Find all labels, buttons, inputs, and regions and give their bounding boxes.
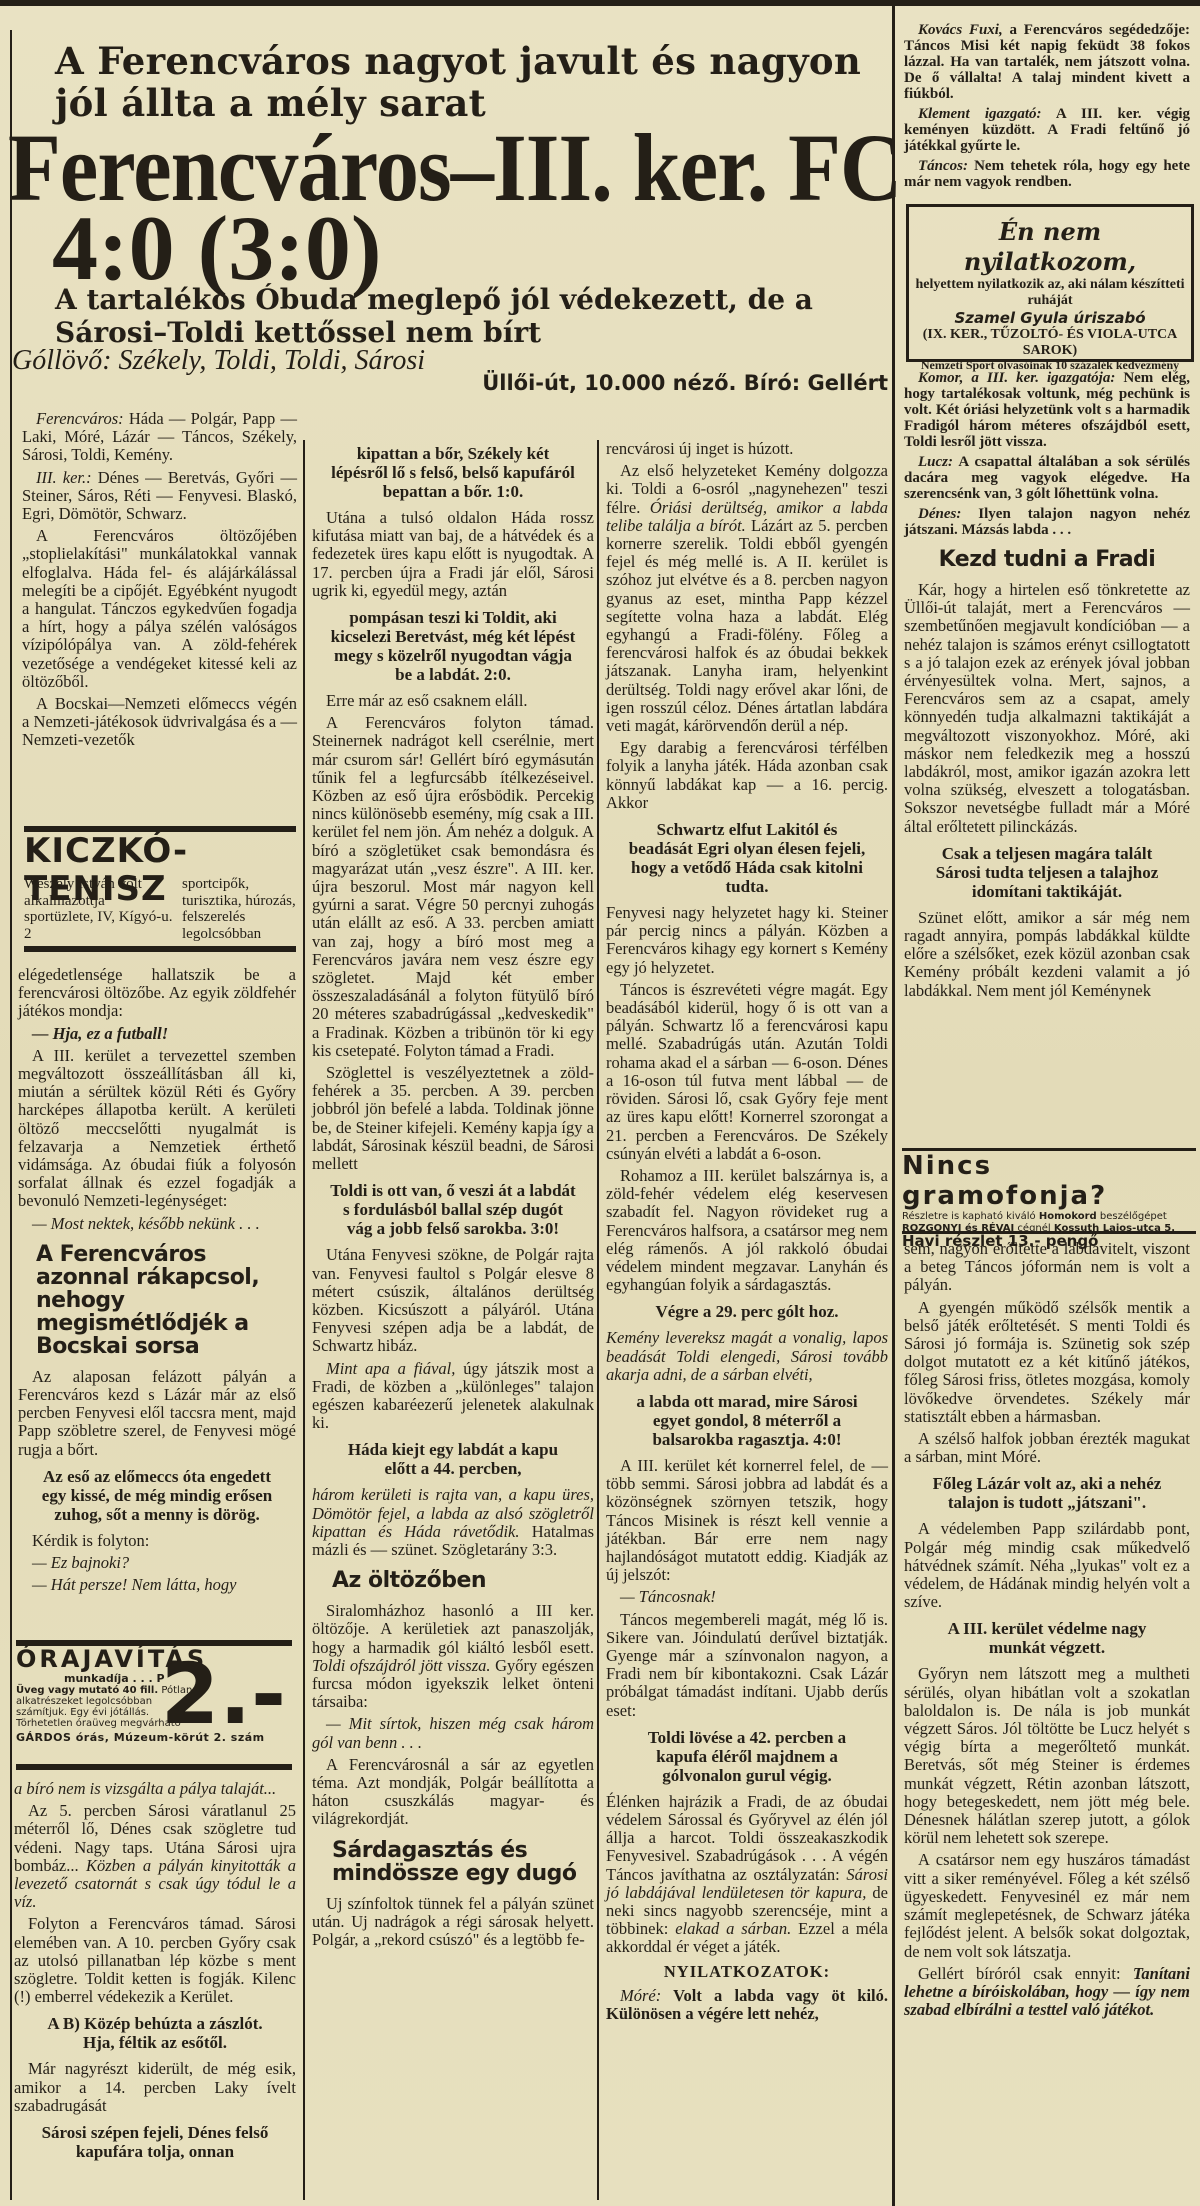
section-heading: A Ferencváros azonnal rákapcsol, nehogy … [36, 1243, 296, 1358]
paragraph: elégedetlensége hallatszik be a ferencvá… [18, 966, 296, 1021]
paragraph: A Ferencvárosnál a sár az egyetlen téma.… [312, 1756, 594, 1829]
paragraph: Táncos is észrevéteti végre magát. Egy b… [606, 981, 888, 1163]
paragraph: A Ferencváros folyton támad. Steinernek … [312, 714, 594, 1060]
paragraph: rencvárosi új inget is húzott. [606, 440, 888, 458]
quote: — Hja, ez a futball! [18, 1025, 296, 1043]
paragraph: A III. kerület a tervezettel szemben meg… [18, 1047, 296, 1211]
bold-highlight: A III. kerület védelme nagy munkát végze… [922, 1619, 1172, 1657]
column-4-middle: Komor, a III. ker. igazgatója: Nem elég,… [904, 370, 1190, 1004]
headline-subhead: A tartalékos Óbuda meglepő jól védekezet… [55, 283, 895, 349]
bold-highlight: Toldi is ott van, ő veszi át a labdát s … [330, 1181, 576, 1238]
paragraph: Az alaposan felázott pályán a Ferencváro… [18, 1368, 296, 1459]
paragraph: Győryn nem látszott meg a multheti sérül… [904, 1665, 1190, 1847]
advert-gramofon: Nincs gramofonja? Részletre is kapható k… [902, 1148, 1196, 1234]
paragraph: A III. kerület két kornerrel felel, de —… [606, 1457, 888, 1584]
paragraph: A csatársor nem egy huszáros támadást vi… [904, 1851, 1190, 1960]
paragraph: Móré: Volt a labda vagy öt kiló. Különös… [606, 1987, 888, 2023]
bold-highlight: Végre a 29. perc gólt hoz. [624, 1302, 870, 1321]
quote: — Táncosnak! [606, 1588, 888, 1606]
bold-highlight: pompásan teszi ki Toldit, aki kicselezi … [330, 608, 576, 684]
quote: — Ez bajnoki? [18, 1554, 296, 1572]
quote: — Hát persze! Nem látta, hogy [18, 1576, 296, 1594]
paragraph: Gellért bíróról csak ennyit: Tanítani le… [904, 1965, 1190, 2020]
bold-highlight: A B) Közép behúzta a zászlót. Hja, félti… [32, 2014, 278, 2052]
paragraph: Fenyvesi nagy helyzetet hagy ki. Steiner… [606, 904, 888, 977]
lineup-iii-ker: III. ker.: Dénes — Beretvás, Győri — Ste… [22, 469, 297, 524]
paragraph: Mint apa a fiával, úgy játszik most a Fr… [312, 1360, 594, 1433]
top-border [0, 0, 1200, 6]
bold-highlight: Schwartz elfut Lakitól és beadását Egri … [624, 820, 870, 896]
paragraph: Szöglettel is veszélyeztetnek a zöld-feh… [312, 1064, 594, 1173]
section-heading: Sárdagasztás és mindössze egy dugó [332, 1839, 594, 1885]
paragraph: A Ferencváros öltözőjében „stoplielakítá… [22, 527, 297, 691]
quote: — Mit sírtok, hiszen még csak három gól … [312, 1715, 594, 1751]
paragraph: Utána a tulsó oldalon Háda rossz kifutás… [312, 509, 594, 600]
bold-highlight: Főleg Lázár volt az, aki a nehéz talajon… [922, 1474, 1172, 1512]
column-1-bottom: a bíró nem is vizsgálta a pálya talaját.… [14, 1780, 296, 2169]
paragraph: A szélső halfok jobban érezték magukat a… [904, 1430, 1190, 1466]
quote: a bíró nem is vizsgálta a pálya talaját.… [14, 1780, 296, 1798]
paragraph: Folyton a Ferencváros támad. Sárosi elem… [14, 1915, 296, 2006]
statement: Klement igazgató: A III. ker. végig kemé… [904, 106, 1190, 154]
paragraph: A gyengén működő szélsők mentik a belső … [904, 1299, 1190, 1426]
bold-highlight: Az eső az előmeccs óta engedett egy kiss… [36, 1467, 278, 1524]
bold-highlight: Háda kiejt egy labdát a kapu előtt a 44.… [330, 1440, 576, 1478]
advert-name: Szamel Gyula úriszabó [909, 309, 1191, 327]
newspaper-page: A Ferencváros nagyot javult és nagyon jó… [0, 0, 1200, 2206]
bold-highlight: kipattan a bőr, Székely két lépésről lő … [330, 444, 576, 501]
column-1-middle: elégedetlensége hallatszik be a ferencvá… [18, 966, 296, 1598]
statement: Komor, a III. ker. igazgatója: Nem elég,… [904, 370, 1190, 450]
bold-highlight: Csak a teljesen magára talált Sárosi tud… [922, 844, 1172, 901]
advert-price: 2.- [161, 1652, 286, 1736]
advert-orajavitas: ÓRAJAVÍTÁS munkadíja . . . P Üveg vagy m… [16, 1640, 292, 1770]
paragraph: Erre már az eső csaknem eláll. [312, 692, 594, 710]
statement: Táncos: Nem tehetek róla, hogy egy hete … [904, 158, 1190, 190]
paragraph: Rohamoz a III. kerület balszárnya is, a … [606, 1167, 888, 1294]
advert-title: Nincs gramofonja? [902, 1151, 1196, 1211]
quote: — Most nektek, később nekünk . . . [18, 1215, 296, 1233]
statement: Lucz: A csapattal általában a sok sérülé… [904, 454, 1190, 502]
paragraph: Az 5. percben Sárosi váratlanul 25 méter… [14, 1802, 296, 1911]
column-2: kipattan a bőr, Székely két lépésről lő … [312, 440, 594, 1953]
paragraph: Siralomházhoz hasonló a III ker. öltözőj… [312, 1602, 594, 1711]
paragraph: Szünet előtt, amikor a sár még nem ragad… [904, 909, 1190, 1000]
column-1-top: Ferencváros: Háda — Polgár, Papp — Laki,… [22, 410, 297, 754]
lineup-ferencvaros: Ferencváros: Háda — Polgár, Papp — Laki,… [22, 410, 297, 465]
paragraph: Kérdik is folyton: [18, 1532, 296, 1550]
paragraph: Táncos megembereli magát, még lő is. Sik… [606, 1611, 888, 1720]
bold-highlight: a labda ott marad, mire Sárosi egyet gon… [624, 1392, 870, 1449]
col2-rule [597, 440, 599, 2200]
advert-left-text: Weszely István volt alkalmazottja sportü… [24, 876, 174, 942]
paragraph: Élénken hajrázik a Fradi, de az óbudai v… [606, 1793, 888, 1957]
column-4-top: Kovács Fuxi, a Ferencváros segédedzője: … [904, 22, 1190, 194]
section-heading: Az öltözőben [332, 1569, 594, 1592]
advert-szamel: Én nem nyilatkozom, helyettem nyilatkozi… [906, 204, 1194, 362]
goal-scorers: Góllövő: Székely, Toldi, Toldi, Sárosi [12, 346, 425, 376]
paragraph: A Bocskai—Nemzeti előmeccs végén a Nemze… [22, 695, 297, 750]
statements-heading: NYILATKOZATOK: [606, 1963, 888, 1981]
column-4-bottom: sem, nagyon erőltette a labdavitelt, vis… [904, 1240, 1190, 2023]
paragraph: Egy darabig a ferencvárosi térfélben fol… [606, 739, 888, 812]
paragraph: A védelemben Papp szilárdabb pont, Polgá… [904, 1520, 1190, 1611]
paragraph: Utána Fenyvesi szökne, de Polgár rajta v… [312, 1246, 594, 1355]
paragraph: Az első helyzeteket Kemény dolgozza ki. … [606, 462, 888, 735]
column-3: rencvárosi új inget is húzott. Az első h… [606, 440, 888, 2027]
paragraph: Kemény levereksz magát a vonalig, lapos … [606, 1329, 888, 1384]
paragraph: három kerületi is rajta van, a kapu üres… [312, 1486, 594, 1559]
advert-kiczko-tenisz: KICZKÓ-TENISZ Weszely István volt alkalm… [24, 826, 296, 952]
paragraph: Kár, hogy a hirtelen eső tönkretette az … [904, 581, 1190, 836]
paragraph: Már nagyrészt kiderült, de még esik, ami… [14, 2060, 296, 2115]
advert-address: (IX. KER., TŰZOLTÓ- ÉS VIOLA-UTCA SAROK) [909, 327, 1191, 359]
statement: Kovács Fuxi, a Ferencváros segédedzője: … [904, 22, 1190, 102]
advert-title: Én nem nyilatkozom, [909, 217, 1191, 277]
advert-right-text: sportcipők, turisztika, húrozás, felszer… [182, 876, 302, 942]
advert-line: helyettem nyilatkozik az, aki nálam kész… [909, 277, 1191, 309]
paragraph: sem, nagyon erőltette a labdavitelt, vis… [904, 1240, 1190, 1295]
headline-kicker: A Ferencváros nagyot javult és nagyon jó… [55, 40, 895, 124]
section-heading: Kezd tudni a Fradi [904, 548, 1190, 571]
col1-rule [303, 440, 305, 2200]
bold-highlight: Toldi lövése a 42. percben a kapufa élér… [624, 1728, 870, 1785]
paragraph: Uj színfoltok tünnek fel a pályán szünet… [312, 1895, 594, 1950]
bold-highlight: Sárosi szépen fejeli, Dénes felső kapufá… [32, 2123, 278, 2161]
venue-line: Üllői-út, 10.000 néző. Bíró: Gellért [438, 370, 888, 396]
statement: Dénes: Ilyen talajon nagyon nehéz játsza… [904, 506, 1190, 538]
